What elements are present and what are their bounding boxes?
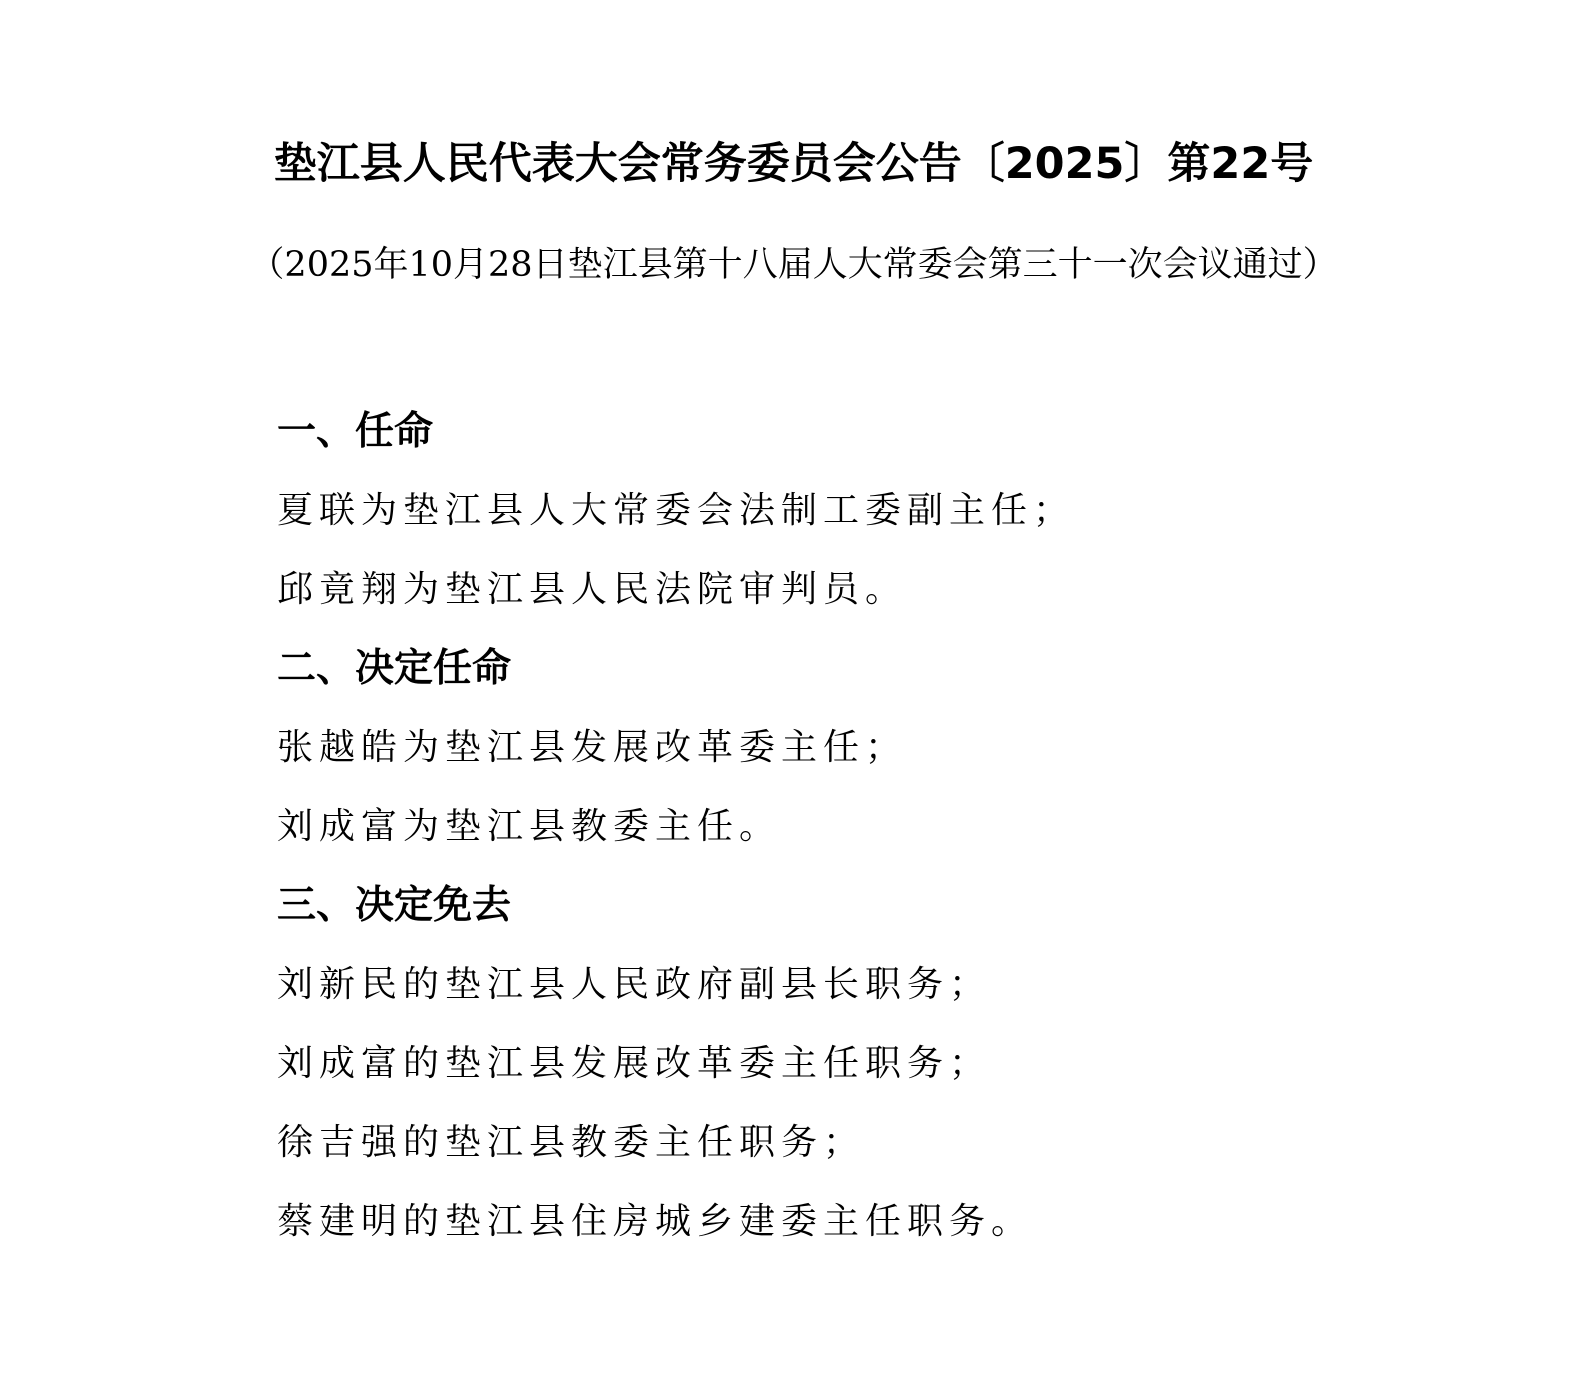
list-item: 张越皓为垫江县发展改革委主任； bbox=[277, 708, 1477, 787]
document-body: 一、任命 夏联为垫江县人大常委会法制工委副主任； 邱竟翔为垫江县人民法院审判员。… bbox=[277, 392, 1477, 1261]
section-decided-appointment: 二、决定任命 张越皓为垫江县发展改革委主任； 刘成富为垫江县教委主任。 bbox=[277, 629, 1477, 866]
list-item: 徐吉强的垫江县教委主任职务； bbox=[277, 1103, 1477, 1182]
list-item: 刘成富为垫江县教委主任。 bbox=[277, 787, 1477, 866]
document-subtitle: （2025年10月28日垫江县第十八届人大常委会第三十一次会议通过） bbox=[0, 238, 1587, 292]
document-title: 垫江县人民代表大会常务委员会公告〔2025〕第22号 bbox=[0, 134, 1587, 194]
list-item: 刘成富的垫江县发展改革委主任职务； bbox=[277, 1024, 1477, 1103]
section-heading: 三、决定免去 bbox=[277, 866, 1477, 945]
section-decided-removal: 三、决定免去 刘新民的垫江县人民政府副县长职务； 刘成富的垫江县发展改革委主任职… bbox=[277, 866, 1477, 1261]
list-item: 邱竟翔为垫江县人民法院审判员。 bbox=[277, 550, 1477, 629]
list-item: 刘新民的垫江县人民政府副县长职务； bbox=[277, 945, 1477, 1024]
list-item: 夏联为垫江县人大常委会法制工委副主任； bbox=[277, 471, 1477, 550]
section-heading: 二、决定任命 bbox=[277, 629, 1477, 708]
section-appointment: 一、任命 夏联为垫江县人大常委会法制工委副主任； 邱竟翔为垫江县人民法院审判员。 bbox=[277, 392, 1477, 629]
section-heading: 一、任命 bbox=[277, 392, 1477, 471]
list-item: 蔡建明的垫江县住房城乡建委主任职务。 bbox=[277, 1182, 1477, 1261]
